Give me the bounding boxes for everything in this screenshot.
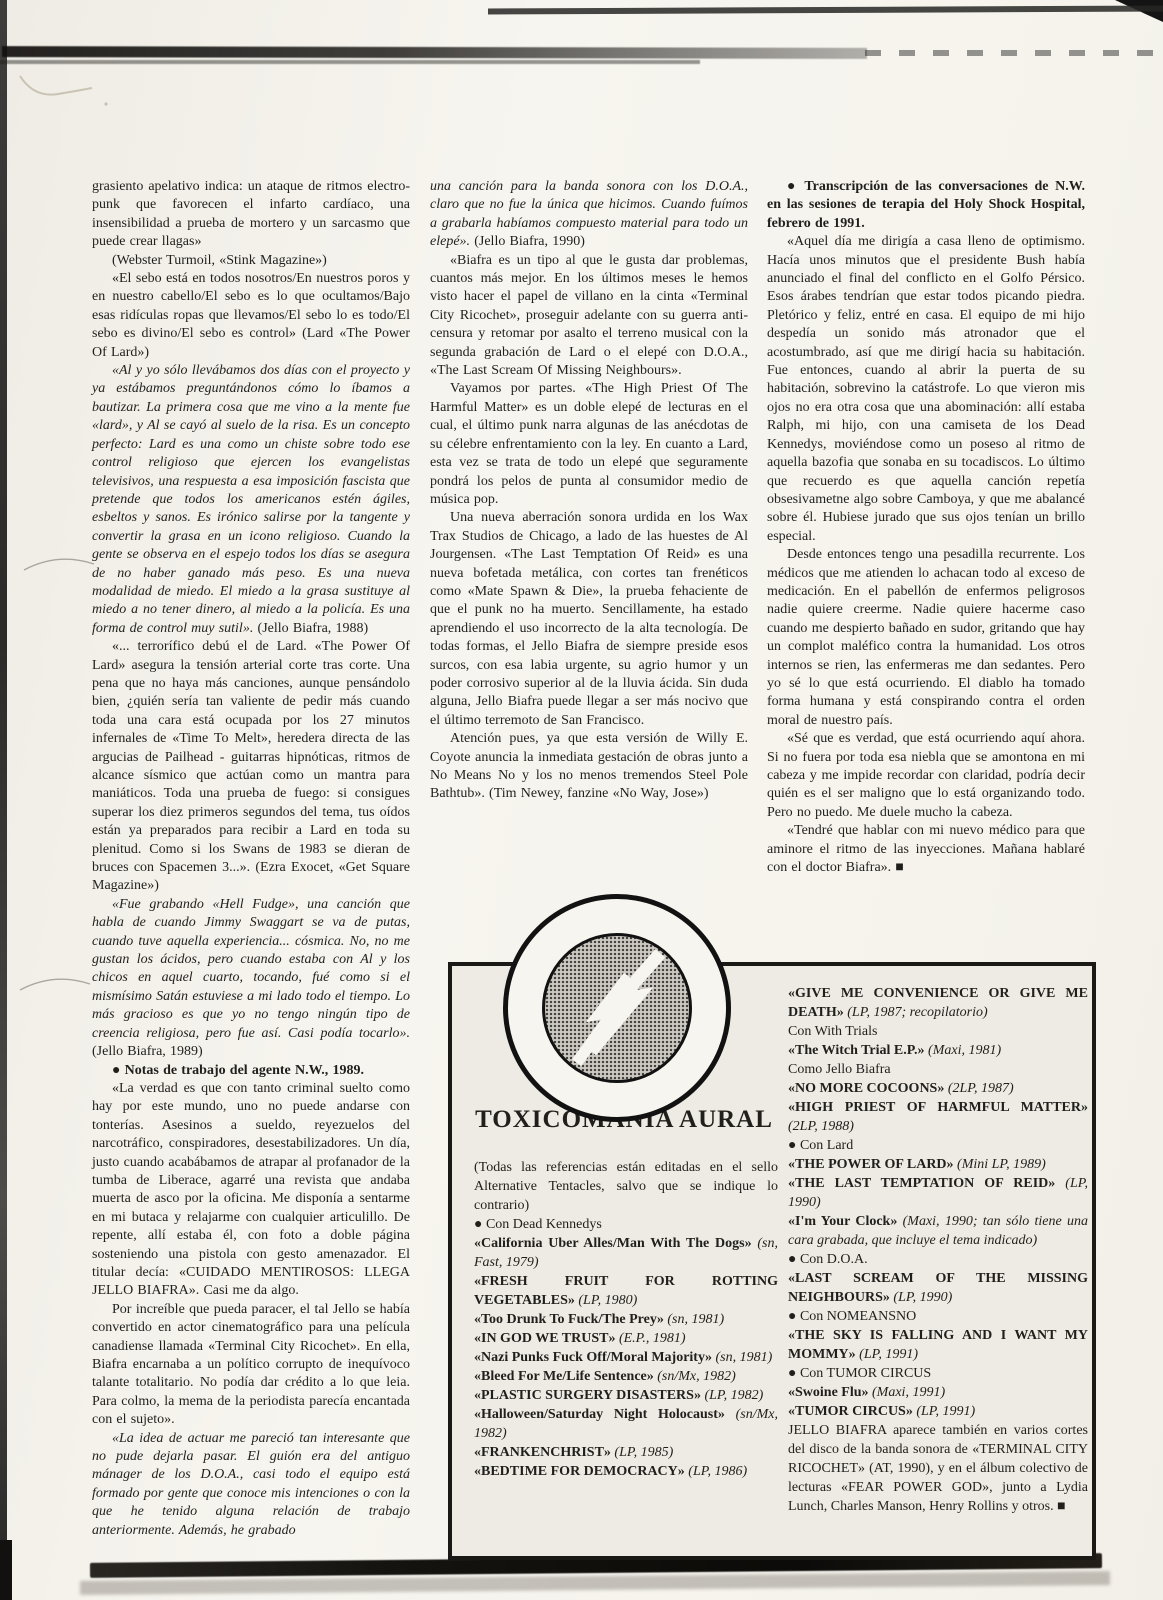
paragraph: Atención pues, ya que esta versión de Wi… xyxy=(430,730,748,804)
text-run: «Aquel día me dirigía a casa lleno de op… xyxy=(767,234,1085,544)
release-title: «Halloween/Saturday Night Holocaust» xyxy=(474,1407,725,1422)
box-column-right: «GIVE ME CONVENIENCE OR GIVE ME DEATH» (… xyxy=(788,984,1088,1516)
release-detail: (LP, 1991) xyxy=(856,1347,918,1362)
paragraph: Una nueva aberración sonora urdida en lo… xyxy=(430,509,748,730)
release-item: «The Witch Trial E.P.» (Maxi, 1981) xyxy=(788,1041,1088,1060)
scan-top-edge-line xyxy=(488,6,1163,15)
scan-streak xyxy=(2,46,867,59)
release-title: «Swoine Flu» xyxy=(788,1385,869,1400)
release-title: «California Uber Alles/Man With The Dogs… xyxy=(474,1236,752,1251)
text-run: (Jello Biafra, 1990) xyxy=(470,234,585,249)
paragraph: «El sebo está en todos nosotros/En nuest… xyxy=(92,270,410,362)
paragraph: «La verdad es que con tanto criminal sue… xyxy=(92,1080,410,1301)
release-item: «THE POWER OF LARD» (Mini LP, 1989) xyxy=(788,1155,1088,1174)
text-run: Una nueva aberración sonora urdida en lo… xyxy=(430,510,748,727)
release-item: «California Uber Alles/Man With The Dogs… xyxy=(474,1234,778,1272)
paragraph: Desde entonces tengo una pesadilla recur… xyxy=(767,546,1085,730)
release-item: «Halloween/Saturday Night Holocaust» (sn… xyxy=(474,1405,778,1443)
text-run: Atención pues, ya que esta versión de Wi… xyxy=(430,731,748,801)
scan-streak xyxy=(0,60,700,64)
text-run: grasiento apelativo indica: un ataque de… xyxy=(92,179,410,249)
release-title: «Too Drunk To Fuck/The Prey» xyxy=(474,1312,664,1327)
release-title: «I'm Your Clock» xyxy=(788,1214,897,1229)
release-title: «HIGH PRIEST OF HARMFUL MATTER» xyxy=(788,1100,1088,1115)
release-title: «Nazi Punks Fuck Off/Moral Majority» xyxy=(474,1350,712,1365)
release-item: «PLASTIC SURGERY DISASTERS» (LP, 1982) xyxy=(474,1386,778,1405)
release-detail: (2LP, 1987) xyxy=(944,1081,1013,1096)
text-run: «La idea de actuar me pareció tan intere… xyxy=(92,1431,410,1538)
category-line: ● Con NOMEANSNO xyxy=(788,1307,1088,1326)
release-detail: (sn/Mx, 1982) xyxy=(654,1369,736,1384)
paragraph: grasiento apelativo indica: un ataque de… xyxy=(92,178,410,252)
text-run: (Webster Turmoil, «Stink Magazine») xyxy=(112,253,327,268)
pencil-mark xyxy=(14,66,144,116)
paragraph: Vayamos por partes. «The High Priest Of … xyxy=(430,380,748,509)
paragraph: «La idea de actuar me pareció tan intere… xyxy=(92,1430,410,1540)
release-title: «The Witch Trial E.P.» xyxy=(788,1043,925,1058)
release-detail: (LP, 1990) xyxy=(890,1290,952,1305)
release-detail: (LP, 1986) xyxy=(685,1464,747,1479)
paragraph: una canción para la banda sonora con los… xyxy=(430,178,748,252)
release-item: «THE LAST TEMPTATION OF REID» (LP, 1990) xyxy=(788,1174,1088,1212)
text-run: ● Notas de trabajo del agente N.W., 1989… xyxy=(112,1063,364,1078)
text-run: (Jello Biafra, 1989) xyxy=(92,1044,203,1059)
release-title: «TUMOR CIRCUS» xyxy=(788,1404,913,1419)
release-title: «IN GOD WE TRUST» xyxy=(474,1331,615,1346)
text-run: «Tendré que hablar con mi nuevo médico p… xyxy=(767,823,1085,875)
release-item: «FRESH FRUIT FOR ROTTING VEGETABLES» (LP… xyxy=(474,1272,778,1310)
release-item: «NO MORE COCOONS» (2LP, 1987) xyxy=(788,1079,1088,1098)
release-item: «BEDTIME FOR DEMOCRACY» (LP, 1986) xyxy=(474,1462,778,1481)
release-title: «THE POWER OF LARD» xyxy=(788,1157,954,1172)
release-item: «TUMOR CIRCUS» (LP, 1991) xyxy=(788,1402,1088,1421)
fold-arc-icon xyxy=(14,968,94,998)
paragraph: «... terrorífico debú el de Lard. «The P… xyxy=(92,638,410,896)
scan-left-edge-shadow xyxy=(0,0,7,1600)
release-detail: (sn, 1981) xyxy=(712,1350,772,1365)
text-run: «Sé que es verdad, que está ocurriendo a… xyxy=(767,731,1085,820)
category-line: ● Con Lard xyxy=(788,1136,1088,1155)
box-intro: (Todas las referencias están editadas en… xyxy=(474,1158,778,1215)
lightning-bolt-icon xyxy=(545,936,689,1080)
text-run: ● Transcripción de las conversaciones de… xyxy=(767,179,1085,231)
paragraph: «Fue grabando «Hell Fudge», una canción … xyxy=(92,896,410,1062)
box-column-left: (Todas las referencias están editadas en… xyxy=(474,1158,778,1481)
box-note: JELLO BIAFRA aparece también en varios c… xyxy=(788,1421,1088,1516)
release-detail: (Maxi, 1981) xyxy=(925,1043,1002,1058)
paragraph: «Aquel día me dirigía a casa lleno de op… xyxy=(767,233,1085,546)
release-detail: (LP, 1987; recopilatorio) xyxy=(844,1005,988,1020)
text-run: «Fue grabando «Hell Fudge», una canción … xyxy=(92,897,410,1041)
scanned-magazine-page: grasiento apelativo indica: un ataque de… xyxy=(0,0,1163,1600)
category-line: Como Jello Biafra xyxy=(788,1060,1088,1079)
release-detail: (LP, 1985) xyxy=(611,1445,673,1460)
release-detail: (LP, 1991) xyxy=(913,1404,975,1419)
column-right: ● Transcripción de las conversaciones de… xyxy=(767,178,1085,877)
release-detail: (E.P., 1981) xyxy=(615,1331,685,1346)
release-item: «IN GOD WE TRUST» (E.P., 1981) xyxy=(474,1329,778,1348)
halftone-disc xyxy=(542,933,692,1083)
text-run: «... terrorífico debú el de Lard. «The P… xyxy=(92,639,410,893)
release-detail: (LP, 1980) xyxy=(575,1293,637,1308)
release-title: «THE LAST TEMPTATION OF REID» xyxy=(788,1176,1055,1191)
column-left: grasiento apelativo indica: un ataque de… xyxy=(92,178,410,1540)
release-title: «FRANKENCHRIST» xyxy=(474,1445,611,1460)
text-run: «La verdad es que con tanto criminal sue… xyxy=(92,1081,410,1298)
text-run: Por increíble que pueda paracer, el tal … xyxy=(92,1302,410,1427)
category-line: ● Con D.O.A. xyxy=(788,1250,1088,1269)
release-item: «HIGH PRIEST OF HARMFUL MATTER» (2LP, 19… xyxy=(788,1098,1088,1136)
release-title: «THE SKY IS FALLING AND I WANT MY MOMMY» xyxy=(788,1328,1088,1362)
paragraph: «Biafra es un tipo al que le gusta dar p… xyxy=(430,252,748,381)
release-item: «FRANKENCHRIST» (LP, 1985) xyxy=(474,1443,778,1462)
paragraph: ● Transcripción de las conversaciones de… xyxy=(767,178,1085,233)
scan-corner-mark-bottom-left xyxy=(0,1540,12,1600)
release-item: «I'm Your Clock» (Maxi, 1990; tan sólo t… xyxy=(788,1212,1088,1250)
release-detail: (Maxi, 1991) xyxy=(869,1385,946,1400)
release-detail: (Mini LP, 1989) xyxy=(954,1157,1046,1172)
lard-record-logo xyxy=(503,894,731,1122)
text-run: «El sebo está en todos nosotros/En nuest… xyxy=(92,271,410,360)
release-item: «LAST SCREAM OF THE MISSING NEIGHBOURS» … xyxy=(788,1269,1088,1307)
text-run: «Al y yo sólo llevábamos dos días con el… xyxy=(92,363,410,636)
release-item: «Bleed For Me/Life Sentence» (sn/Mx, 198… xyxy=(474,1367,778,1386)
category-line: ● Con Dead Kennedys xyxy=(474,1215,778,1234)
release-title: «Bleed For Me/Life Sentence» xyxy=(474,1369,654,1384)
text-run: (Jello Biafra, 1988) xyxy=(253,621,368,636)
text-run: «Biafra es un tipo al que le gusta dar p… xyxy=(430,253,748,378)
category-line: Con With Trials xyxy=(788,1022,1088,1041)
paragraph: Por increíble que pueda paracer, el tal … xyxy=(92,1301,410,1430)
text-run: Desde entonces tengo una pesadilla recur… xyxy=(767,547,1085,728)
release-title: «NO MORE COCOONS» xyxy=(788,1081,944,1096)
release-item: «GIVE ME CONVENIENCE OR GIVE ME DEATH» (… xyxy=(788,984,1088,1022)
paragraph: «Tendré que hablar con mi nuevo médico p… xyxy=(767,822,1085,877)
release-detail: (sn, 1981) xyxy=(664,1312,724,1327)
fold-arc-icon xyxy=(18,548,98,578)
release-item: «Too Drunk To Fuck/The Prey» (sn, 1981) xyxy=(474,1310,778,1329)
column-middle: una canción para la banda sonora con los… xyxy=(430,178,748,804)
category-line: ● Con TUMOR CIRCUS xyxy=(788,1364,1088,1383)
release-title: «BEDTIME FOR DEMOCRACY» xyxy=(474,1464,685,1479)
paragraph: «Al y yo sólo llevábamos dos días con el… xyxy=(92,362,410,638)
release-title: «PLASTIC SURGERY DISASTERS» xyxy=(474,1388,701,1403)
scan-streak-dashes xyxy=(865,50,1163,56)
release-item: «THE SKY IS FALLING AND I WANT MY MOMMY»… xyxy=(788,1326,1088,1364)
text-run: Vayamos por partes. «The High Priest Of … xyxy=(430,381,748,506)
release-item: «Nazi Punks Fuck Off/Moral Majority» (sn… xyxy=(474,1348,778,1367)
release-detail: (2LP, 1988) xyxy=(788,1119,854,1134)
release-item: «Swoine Flu» (Maxi, 1991) xyxy=(788,1383,1088,1402)
paragraph: (Webster Turmoil, «Stink Magazine») xyxy=(92,252,410,270)
paragraph: «Sé que es verdad, que está ocurriendo a… xyxy=(767,730,1085,822)
paragraph: ● Notas de trabajo del agente N.W., 1989… xyxy=(92,1062,410,1080)
release-detail: (LP, 1982) xyxy=(701,1388,763,1403)
